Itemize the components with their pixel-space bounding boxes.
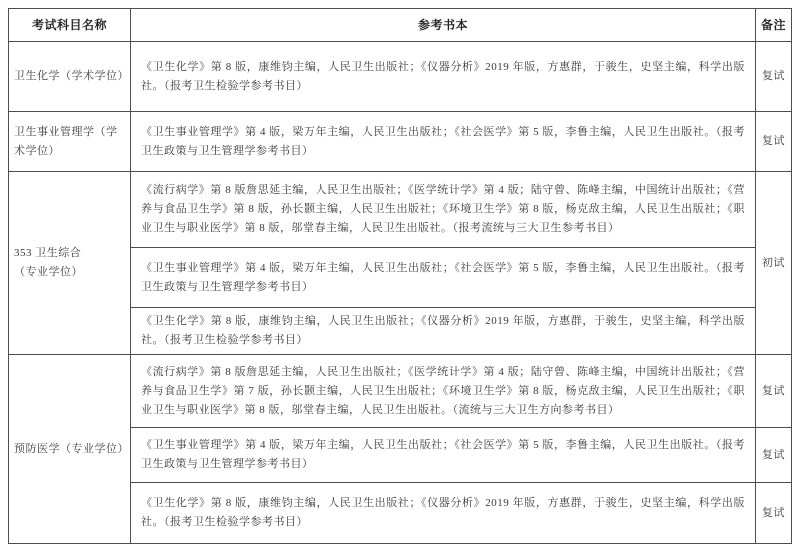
reference-books-table: 考试科目名称 参考书本 备注 卫生化学（学术学位） 《卫生化学》第 8 版，康维… [8, 8, 792, 544]
table-row-hygiene-chemistry: 卫生化学（学术学位） 《卫生化学》第 8 版，康维钧主编，人民卫生出版社；《仪器… [9, 42, 792, 112]
table-row-353-comprehensive-1: 353 卫生综合 （专业学位） 《流行病学》第 8 版詹思延主编，人民卫生出版社… [9, 172, 792, 248]
table-row-preventive-medicine-1: 预防医学（专业学位） 《流行病学》第 8 版詹思延主编，人民卫生出版社；《医学统… [9, 355, 792, 428]
remark-cell: 复试 [756, 42, 792, 112]
books-cell: 《流行病学》第 8 版詹思延主编，人民卫生出版社；《医学统计学》第 4 版；陆守… [131, 355, 756, 428]
books-cell: 《卫生事业管理学》第 4 版，梁万年主编，人民卫生出版社；《社会医学》第 5 版… [131, 248, 756, 308]
books-cell: 《卫生事业管理学》第 4 版，梁万年主编，人民卫生出版社；《社会医学》第 5 版… [131, 428, 756, 483]
remark-cell: 复试 [756, 355, 792, 428]
books-cell: 《卫生事业管理学》第 4 版，梁万年主编，人民卫生出版社；《社会医学》第 5 版… [131, 112, 756, 172]
remark-cell: 复试 [756, 112, 792, 172]
books-cell: 《卫生化学》第 8 版，康维钧主编，人民卫生出版社；《仪器分析》2019 年版，… [131, 42, 756, 112]
header-subject: 考试科目名称 [9, 9, 131, 42]
subject-cell: 卫生化学（学术学位） [9, 42, 131, 112]
subject-cell: 预防医学（专业学位） [9, 355, 131, 544]
remark-cell: 复试 [756, 483, 792, 544]
header-books: 参考书本 [131, 9, 756, 42]
subject-cell: 卫生事业管理学（学术学位） [9, 112, 131, 172]
books-cell: 《卫生化学》第 8 版，康维钧主编，人民卫生出版社；《仪器分析》2019 年版，… [131, 483, 756, 544]
remark-cell: 初试 [756, 172, 792, 355]
table-header-row: 考试科目名称 参考书本 备注 [9, 9, 792, 42]
remark-cell: 复试 [756, 428, 792, 483]
subject-cell: 353 卫生综合 （专业学位） [9, 172, 131, 355]
header-remark: 备注 [756, 9, 792, 42]
books-cell: 《流行病学》第 8 版詹思延主编，人民卫生出版社；《医学统计学》第 4 版；陆守… [131, 172, 756, 248]
books-cell: 《卫生化学》第 8 版，康维钧主编，人民卫生出版社；《仪器分析》2019 年版，… [131, 308, 756, 355]
table-row-health-management: 卫生事业管理学（学术学位） 《卫生事业管理学》第 4 版，梁万年主编，人民卫生出… [9, 112, 792, 172]
